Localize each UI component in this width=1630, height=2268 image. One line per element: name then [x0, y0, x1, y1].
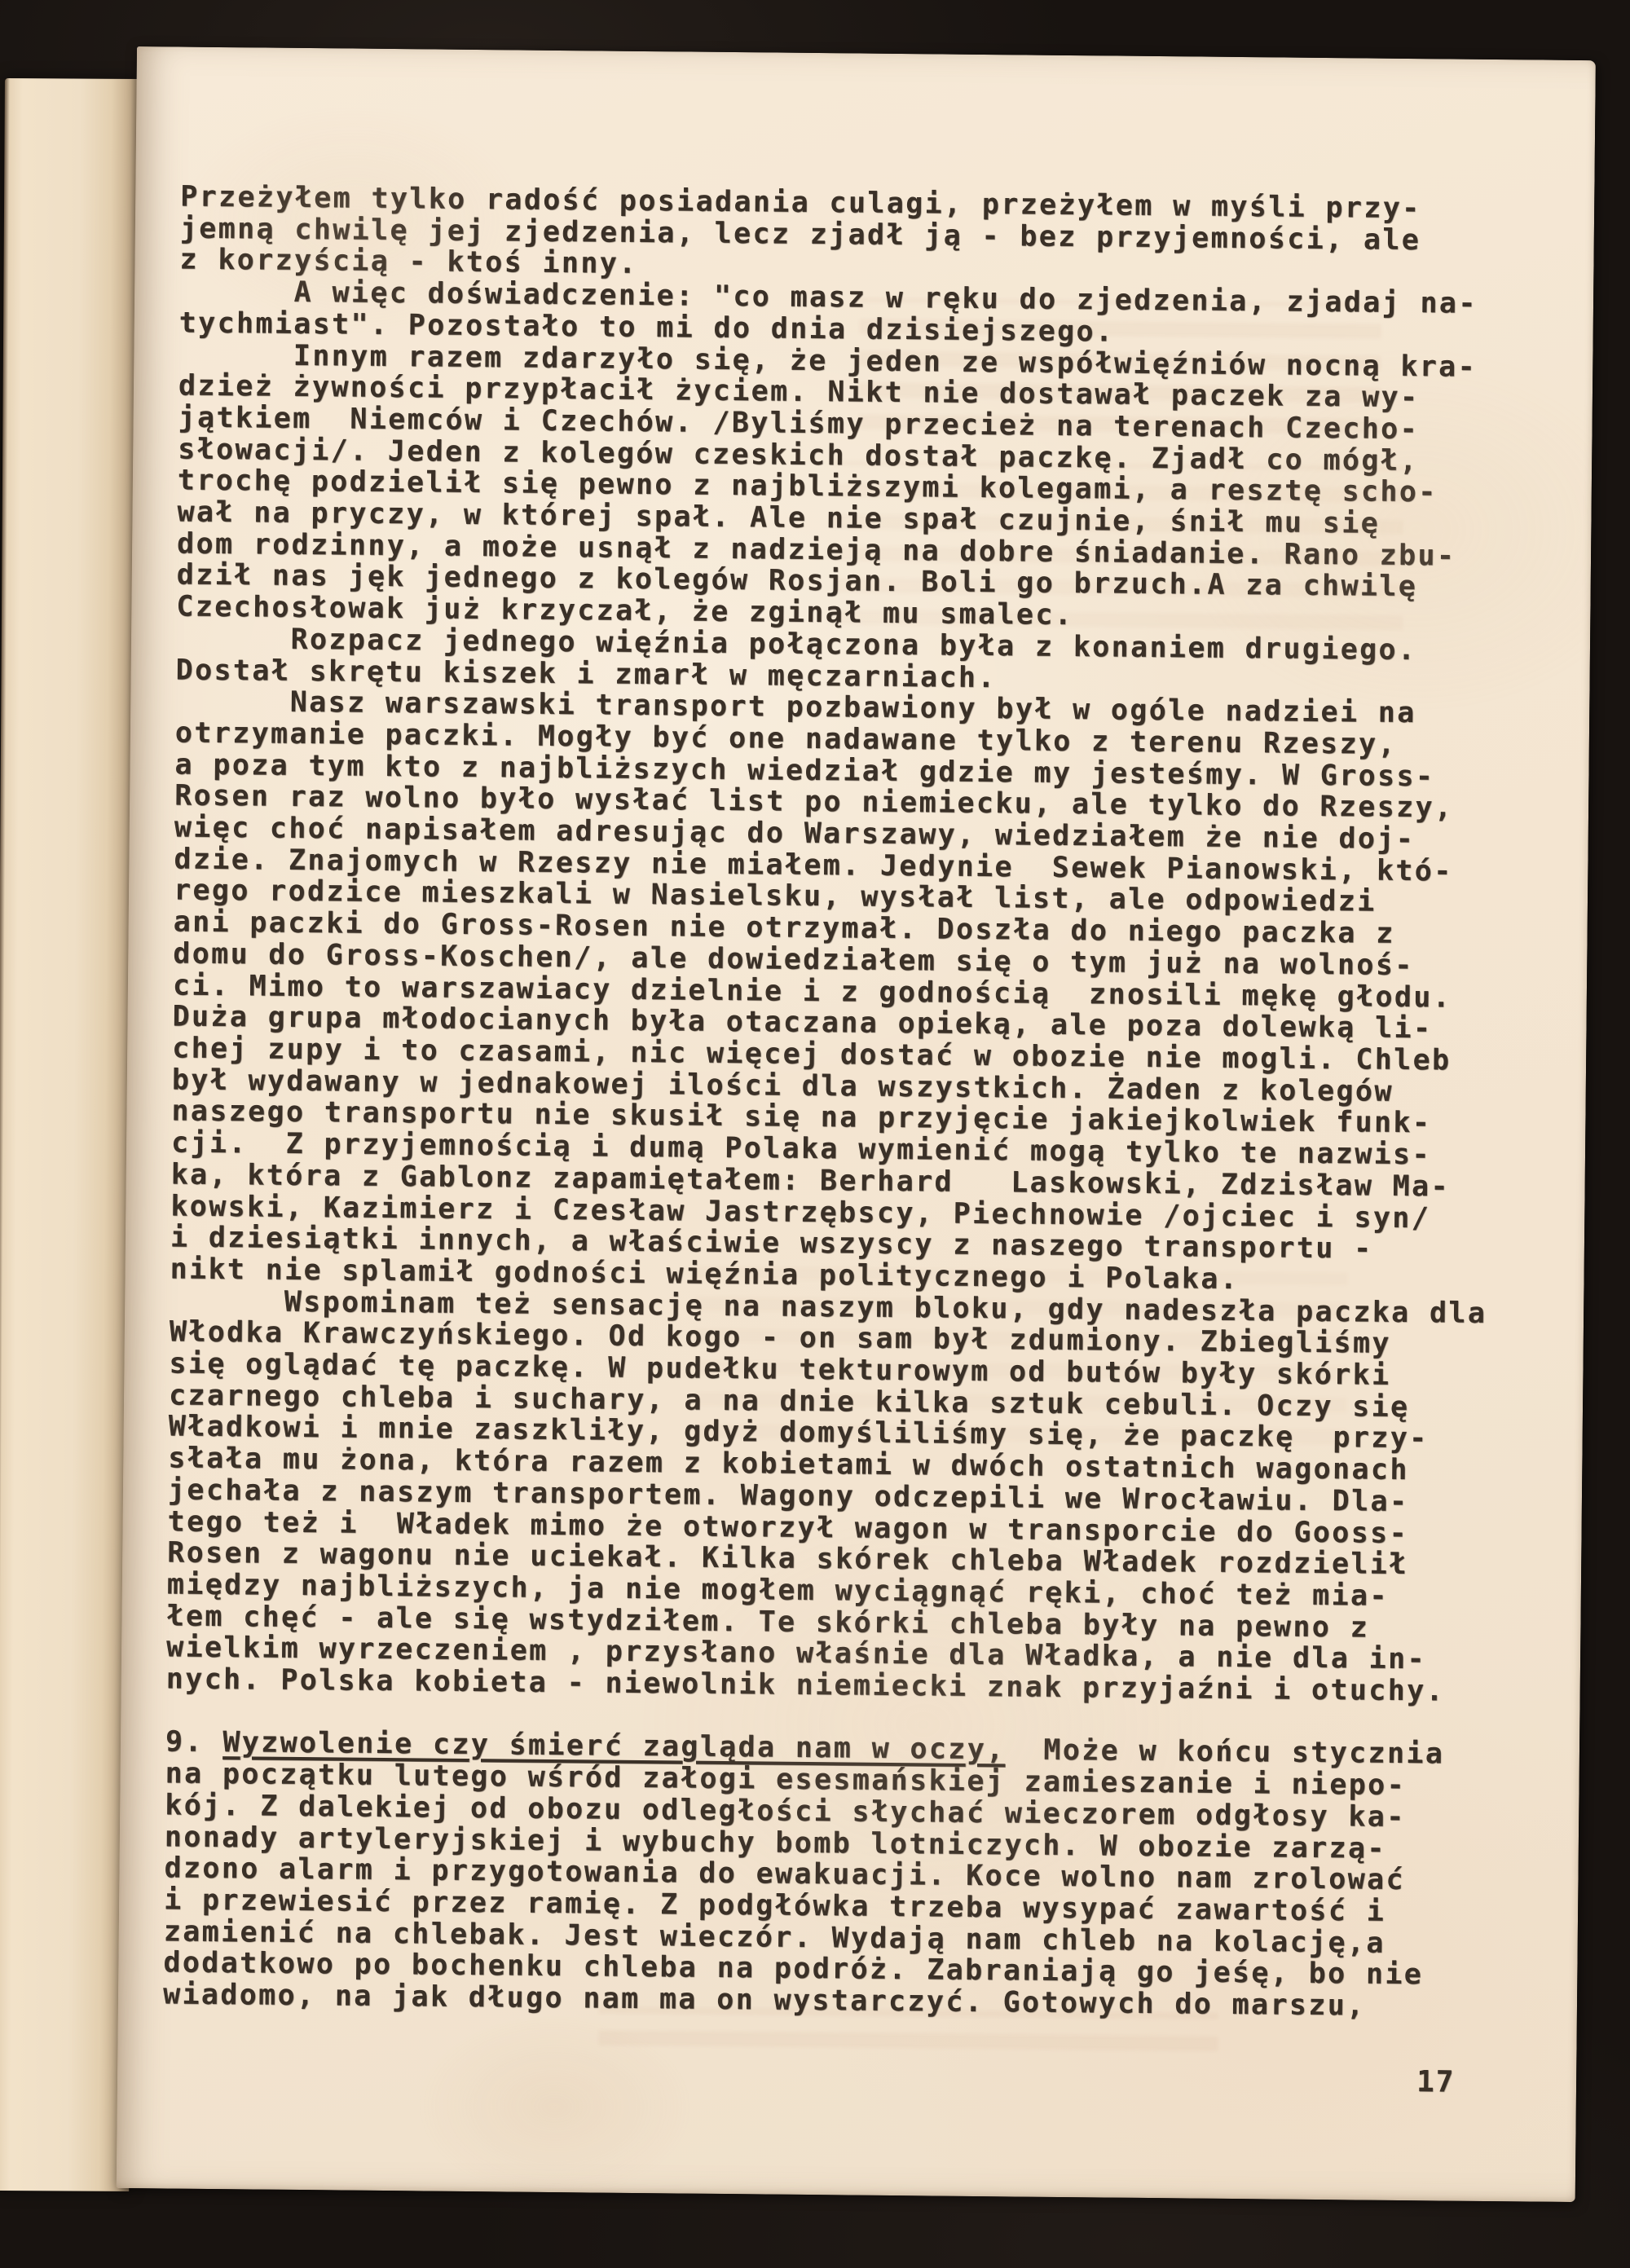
section-number: 9.: [165, 1726, 223, 1759]
body-paragraphs-1: Przeżyłem tylko radość posiadania culagi…: [166, 182, 1558, 1709]
body-paragraphs-2: na początku lutego wśród załogi esesmańs…: [163, 1759, 1543, 2024]
page-number: 17: [1416, 2065, 1456, 2098]
typewritten-text: Przeżyłem tylko radość posiadania culagi…: [163, 182, 1557, 2024]
section-heading-rest: Może w końcu stycznia: [1005, 1734, 1444, 1771]
scanned-page: Przeżyłem tylko radość posiadania culagi…: [117, 46, 1596, 2202]
book-scan-background: Przeżyłem tylko radość posiadania culagi…: [0, 0, 1630, 2268]
